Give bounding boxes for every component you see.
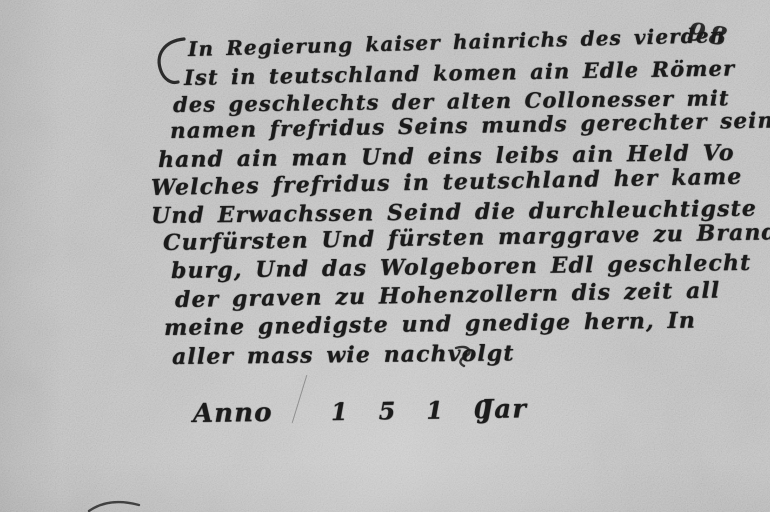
manuscript-line: Ist in teutschland komen ain Edle Römer (184, 55, 736, 90)
manuscript-page: 98 In Regierung kaiser hainrichs des vie… (0, 0, 770, 512)
anno-label: Anno (193, 398, 273, 429)
opening-flourish-icon (152, 35, 188, 87)
manuscript-line: In Regierung kaiser hainrichs des vierde… (188, 23, 726, 61)
anno-date-line: Anno 1510 Jar (193, 394, 574, 443)
manuscript-line: aller mass wie nachvolgt (172, 340, 515, 370)
bottom-ink-stroke (85, 494, 145, 512)
anno-suffix: Jar (481, 394, 528, 425)
manuscript-line: meine gnedigste und gnedige hern, In (164, 308, 696, 341)
